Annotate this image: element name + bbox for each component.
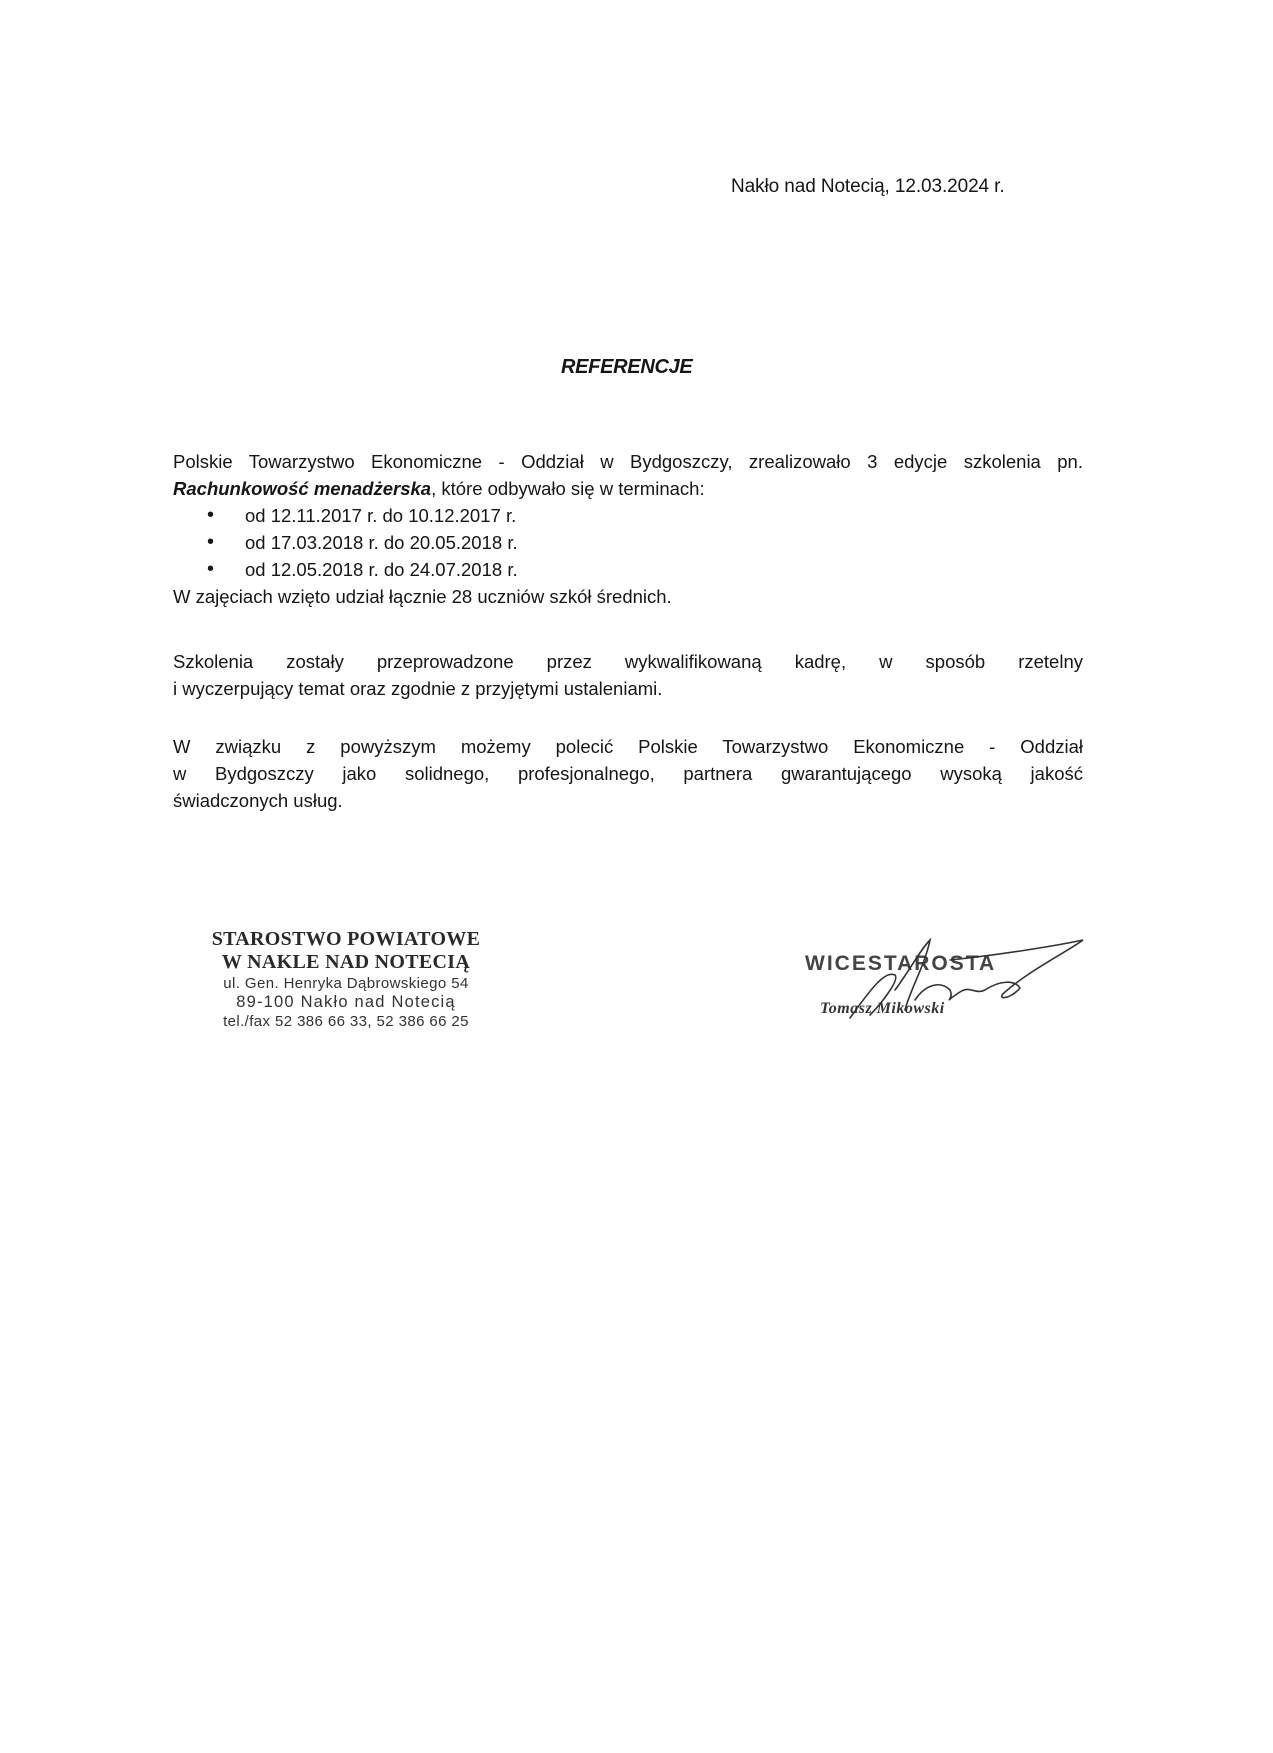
- list-item: od 17.03.2018 r. do 20.05.2018 r.: [173, 529, 1083, 556]
- document-title: REFERENCJE: [561, 356, 692, 379]
- paragraph-training-info: Polskie Towarzystwo Ekonomiczne - Oddzia…: [173, 448, 1083, 610]
- participants-text: W zajęciach wzięto udział łącznie 28 ucz…: [173, 583, 1083, 610]
- paragraph-line: W związku z powyższym możemy polecić Pol…: [173, 733, 1083, 760]
- paragraph-line: w Bydgoszczy jako solidnego, profesjonal…: [173, 760, 1083, 787]
- place-and-date: Nakło nad Notecią, 12.03.2024 r.: [731, 176, 1005, 198]
- course-name: Rachunkowość menadżerska: [173, 478, 431, 499]
- stamp-org-line: W NAKLE NAD NOTECIĄ: [186, 951, 506, 974]
- signature-block: WICESTAROSTA Tomasz Mikowski: [800, 930, 1100, 1030]
- stamp-phone: tel./fax 52 386 66 33, 52 386 66 25: [186, 1012, 506, 1031]
- paragraph-line: i wyczerpujący temat oraz zgodnie z przy…: [173, 678, 662, 699]
- stamp-org-line: STAROSTWO POWIATOWE: [186, 928, 506, 951]
- list-item: od 12.05.2018 r. do 24.07.2018 r.: [173, 556, 1083, 583]
- paragraph-text: , które odbywało się w terminach:: [431, 478, 705, 499]
- paragraph-line: Polskie Towarzystwo Ekonomiczne - Oddzia…: [173, 448, 1083, 475]
- paragraph-line: Szkolenia zostały przeprowadzone przez w…: [173, 648, 1083, 675]
- office-stamp: STAROSTWO POWIATOWE W NAKLE NAD NOTECIĄ …: [186, 928, 506, 1031]
- paragraph-line: Rachunkowość menadżerska, które odbywało…: [173, 475, 1083, 502]
- handwritten-signature-icon: [800, 930, 1100, 1030]
- stamp-address: ul. Gen. Henryka Dąbrowskiego 54: [186, 974, 506, 993]
- training-dates-list: od 12.11.2017 r. do 10.12.2017 r. od 17.…: [173, 502, 1083, 583]
- paragraph-line: świadczonych usług.: [173, 790, 343, 811]
- paragraph-quality: Szkolenia zostały przeprowadzone przez w…: [173, 648, 1083, 702]
- list-item: od 12.11.2017 r. do 10.12.2017 r.: [173, 502, 1083, 529]
- paragraph-recommendation: W związku z powyższym możemy polecić Pol…: [173, 733, 1083, 814]
- stamp-city: 89-100 Nakło nad Notecią: [186, 993, 506, 1012]
